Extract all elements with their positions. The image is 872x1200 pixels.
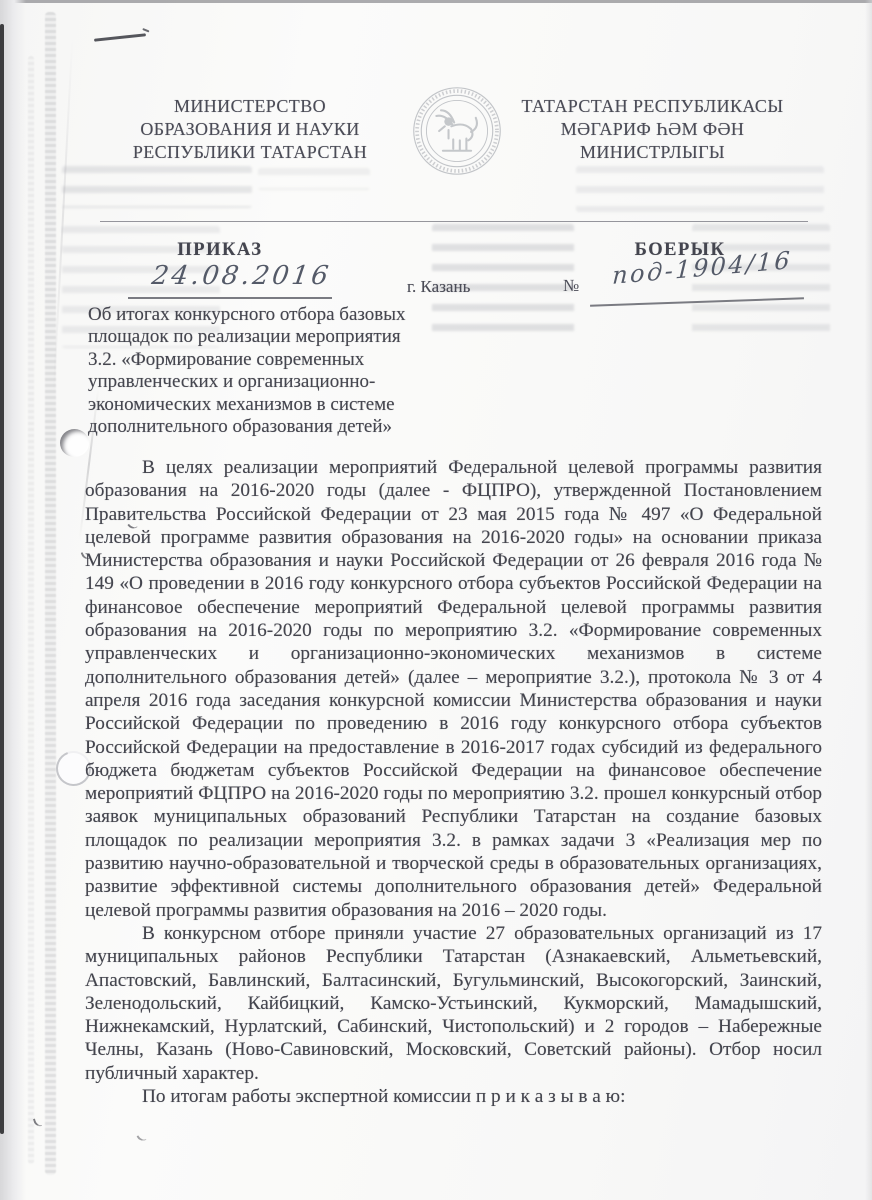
bleed-through-text: [576, 166, 824, 212]
org-ru-line: РЕСПУБЛИКИ ТАТАРСТАН: [100, 141, 400, 164]
city-label: г. Казань: [407, 277, 470, 297]
scanned-document-page: МИНИСТЕРСТВО ОБРАЗОВАНИЯ И НАУКИ РЕСПУБЛ…: [0, 0, 872, 1200]
scan-smudge-strip: [28, 56, 34, 1164]
bleed-through-text: [62, 166, 252, 208]
scanner-edge-right-shade: [865, 0, 872, 1200]
ink-speck: [33, 1117, 42, 1128]
ministry-name-tatar: ТАТАРСТАН РЕСПУБЛИКАСЫ МӘГАРИФ ҺӘМ ФӘН М…: [485, 95, 820, 164]
org-tt-line: МӘГАРИФ ҺӘМ ФӘН: [485, 118, 820, 141]
scanner-edge-left-line: [0, 24, 4, 1134]
subject-line: экономических механизмов в системе: [88, 394, 498, 416]
org-tt-line: МИНИСТРЛЫГЫ: [485, 141, 820, 164]
scan-smudge-strip: [45, 12, 56, 1175]
org-ru-line: МИНИСТЕРСТВО: [100, 95, 400, 118]
body-paragraph: По итогам работы экспертной комиссии п р…: [85, 1085, 822, 1108]
scanner-edge-top: [0, 0, 872, 3]
subject-line: дополнительного образования детей»: [88, 416, 498, 438]
subject-line: управленческих и организационно-: [88, 371, 498, 393]
ink-speck: [136, 1133, 146, 1143]
hole-punch: [60, 429, 89, 457]
subject-line: площадок по реализации мероприятия: [88, 326, 498, 348]
subject-line: Об итогах конкурсного отбора базовых: [88, 304, 498, 326]
number-sign-label: №: [563, 276, 579, 296]
header-divider: [100, 221, 808, 222]
body-paragraph: В целях реализации мероприятий Федеральн…: [85, 456, 822, 922]
pen-mark-artifact: [94, 33, 146, 41]
org-ru-line: ОБРАЗОВАНИЯ И НАУКИ: [100, 118, 400, 141]
bleed-through-text: [258, 168, 370, 190]
order-body: В целях реализации мероприятий Федеральн…: [85, 456, 822, 1108]
order-subject: Об итогах конкурсного отбора базовых пло…: [88, 304, 498, 438]
org-tt-line: ТАТАРСТАН РЕСПУБЛИКАСЫ: [485, 95, 820, 118]
subject-line: 3.2. «Формирование современных: [88, 349, 498, 371]
order-title-russian: ПРИКАЗ: [150, 240, 290, 261]
date-underline: [128, 297, 332, 299]
handwritten-date: 24.08.2016: [150, 261, 333, 291]
body-paragraph: В конкурсном отборе приняли участие 27 о…: [85, 922, 822, 1085]
ministry-name-russian: МИНИСТЕРСТВО ОБРАЗОВАНИЯ И НАУКИ РЕСПУБЛ…: [100, 95, 400, 164]
